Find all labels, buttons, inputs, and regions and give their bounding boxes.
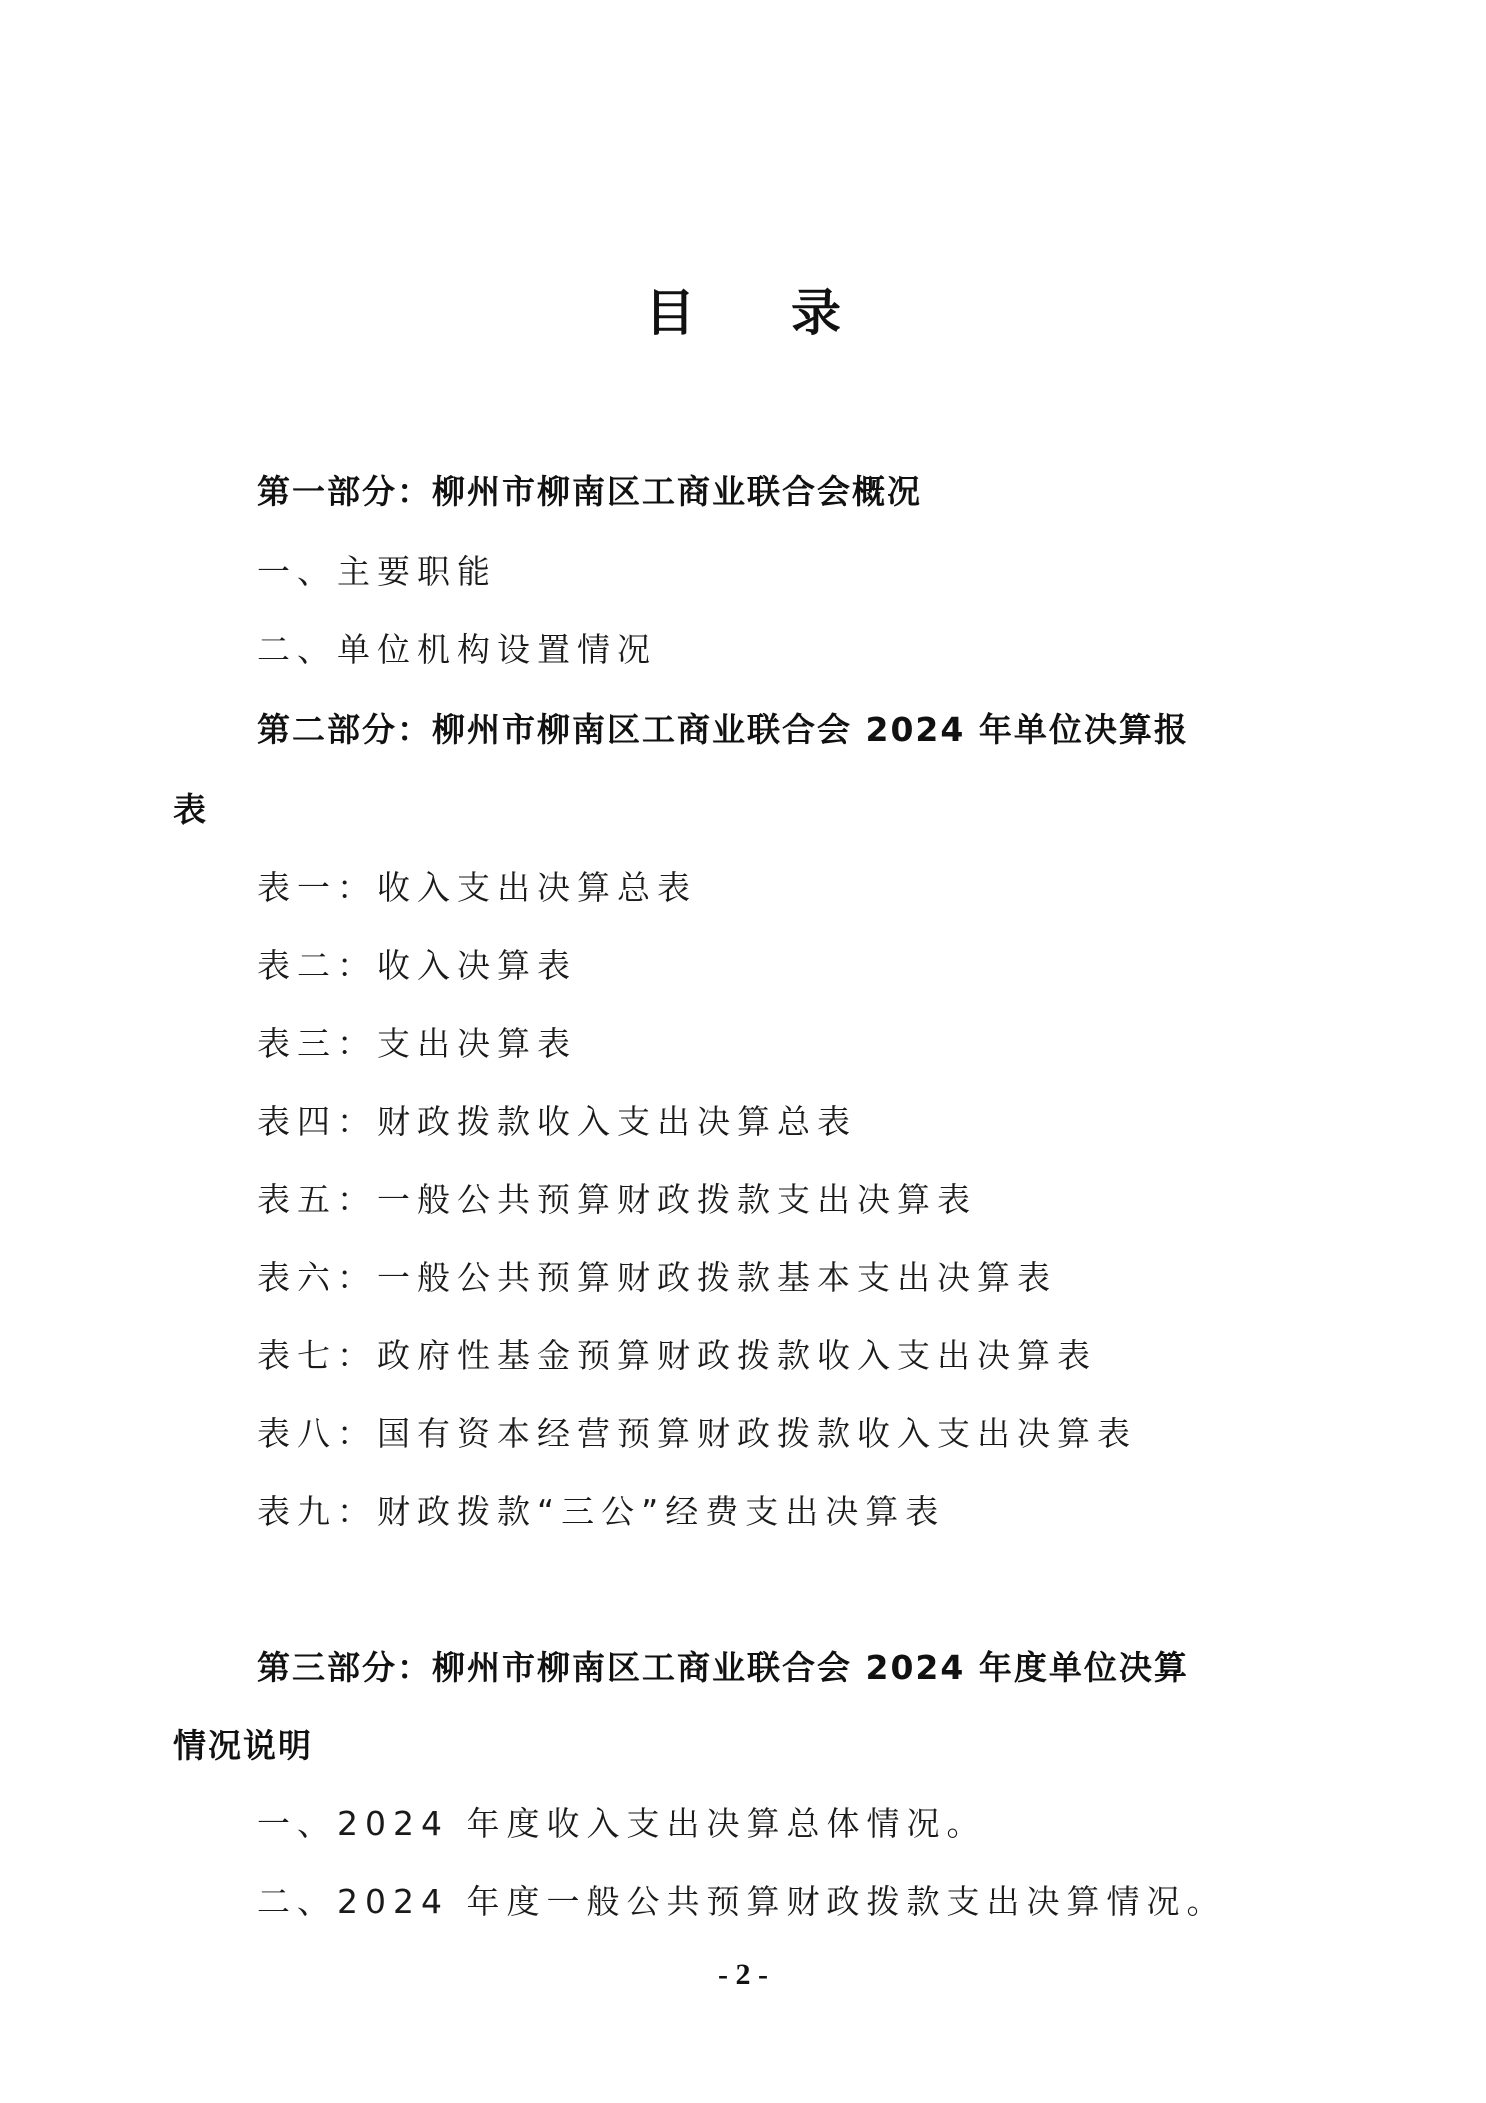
- toc-table-7[interactable]: 表七：政府性基金预算财政拨款收入支出决算表: [257, 1336, 1097, 1376]
- toc-part3-heading[interactable]: 第三部分：柳州市柳南区工商业联合会 2024 年度单位决算: [257, 1648, 1189, 1688]
- toc-table-5[interactable]: 表五：一般公共预算财政拨款支出决算表: [257, 1180, 977, 1220]
- toc-part3-heading-wrap[interactable]: 情况说明: [173, 1726, 313, 1766]
- toc-part2-heading[interactable]: 第二部分：柳州市柳南区工商业联合会 2024 年单位决算报: [257, 710, 1189, 750]
- toc-table-6[interactable]: 表六：一般公共预算财政拨款基本支出决算表: [257, 1258, 1057, 1298]
- toc-part2-heading-wrap[interactable]: 表: [173, 790, 208, 830]
- page-title: 目录: [0, 283, 1486, 343]
- toc-part1-item-2[interactable]: 二、单位机构设置情况: [257, 630, 657, 670]
- toc-part3-item-1[interactable]: 一、2024 年度收入支出决算总体情况。: [257, 1804, 986, 1844]
- toc-table-4[interactable]: 表四：财政拨款收入支出决算总表: [257, 1102, 857, 1142]
- title-char-1: 目: [645, 284, 695, 342]
- toc-part3-item-2[interactable]: 二、2024 年度一般公共预算财政拨款支出决算情况。: [257, 1882, 1226, 1922]
- title-char-2: 录: [791, 284, 841, 342]
- toc-table-8[interactable]: 表八：国有资本经营预算财政拨款收入支出决算表: [257, 1414, 1137, 1454]
- toc-table-9[interactable]: 表九：财政拨款“三公”经费支出决算表: [257, 1492, 945, 1532]
- toc-part1-heading[interactable]: 第一部分：柳州市柳南区工商业联合会概况: [257, 472, 922, 512]
- page-number: - 2 -: [0, 1958, 1486, 1992]
- toc-part1-item-1[interactable]: 一、主要职能: [257, 552, 497, 592]
- toc-table-3[interactable]: 表三：支出决算表: [257, 1024, 577, 1064]
- toc-table-2[interactable]: 表二：收入决算表: [257, 946, 577, 986]
- toc-table-1[interactable]: 表一：收入支出决算总表: [257, 868, 697, 908]
